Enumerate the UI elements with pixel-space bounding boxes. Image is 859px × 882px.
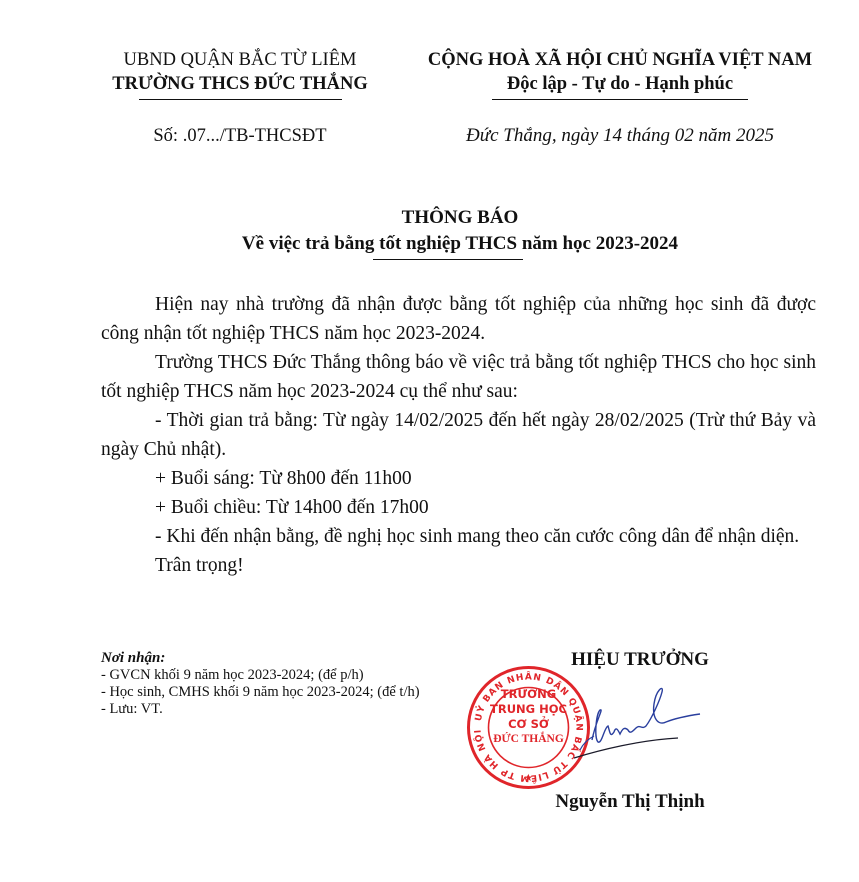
body-paragraph-afternoon: + Buổi chiều: Từ 14h00 đến 17h00	[101, 493, 816, 522]
national-title: CỘNG HOÀ XÃ HỘI CHỦ NGHĨA VIỆT NAM	[400, 48, 840, 72]
recipient-item: - GVCN khối 9 năm học 2023-2024; (để p/h…	[101, 667, 431, 684]
body-paragraph: Trường THCS Đức Thắng thông báo về việc …	[101, 348, 816, 406]
issuing-authority-block: UBND QUẬN BẮC TỪ LIÊM TRƯỜNG THCS ĐỨC TH…	[90, 48, 390, 100]
recipients-block: Nơi nhận: - GVCN khối 9 năm học 2023-202…	[101, 650, 431, 718]
svg-text:★: ★	[524, 773, 533, 784]
body-paragraph: Hiện nay nhà trường đã nhận được bằng tố…	[101, 290, 816, 348]
motto-underline	[492, 99, 748, 100]
body-paragraph-morning: + Buổi sáng: Từ 8h00 đến 11h00	[101, 464, 816, 493]
subject-underline	[373, 259, 523, 260]
document-number: Số: .07.../TB-THCSĐT	[90, 124, 390, 148]
notice-heading: THÔNG BÁO	[90, 205, 830, 231]
recipient-item: - Học sinh, CMHS khối 9 năm học 2023-202…	[101, 684, 431, 701]
school-name-underline	[139, 99, 342, 100]
closing-greeting: Trân trọng!	[101, 551, 816, 580]
recipient-item: - Lưu: VT.	[101, 701, 431, 718]
notice-title-block: THÔNG BÁO Về việc trả bằng tốt nghiệp TH…	[90, 205, 830, 258]
authority-name: UBND QUẬN BẮC TỪ LIÊM	[90, 48, 390, 72]
notice-subject: Về việc trả bằng tốt nghiệp THCS năm học…	[90, 231, 830, 257]
body-paragraph-id: - Khi đến nhận bằng, đề nghị học sinh ma…	[101, 522, 816, 551]
national-motto: Độc lập - Tự do - Hạnh phúc	[400, 72, 840, 96]
national-header-block: CỘNG HOÀ XÃ HỘI CHỦ NGHĨA VIỆT NAM Độc l…	[400, 48, 840, 100]
school-name: TRƯỜNG THCS ĐỨC THẮNG	[90, 72, 390, 96]
place-date: Đức Thắng, ngày 14 tháng 02 năm 2025	[400, 124, 840, 148]
notice-body: Hiện nay nhà trường đã nhận được bằng tố…	[101, 290, 816, 580]
signer-name: Nguyễn Thị Thịnh	[520, 790, 740, 814]
body-paragraph-time: - Thời gian trả bằng: Từ ngày 14/02/2025…	[101, 406, 816, 464]
recipients-label: Nơi nhận:	[101, 650, 431, 667]
handwritten-signature-icon	[570, 680, 720, 770]
